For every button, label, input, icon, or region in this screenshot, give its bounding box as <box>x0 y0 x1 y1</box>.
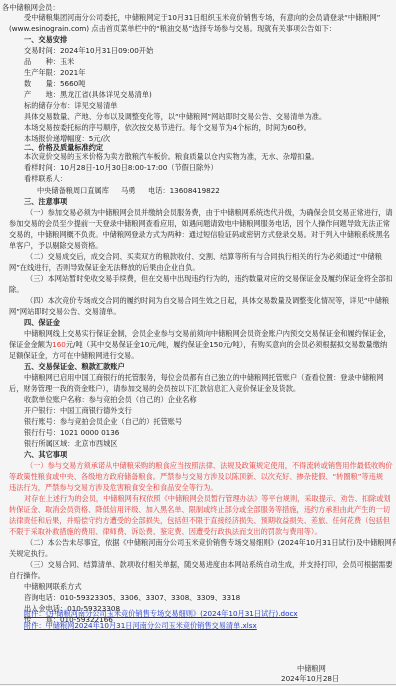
sample-contact-name: 马勇 <box>121 186 135 195</box>
deposit-amount-label: 保证金金额为 <box>9 340 52 349</box>
note-1-line-2: 参加交易的会员至少提前一天登录中储粮网查看应用，如遇问题请致电中储粮网服务电话，… <box>9 219 390 228</box>
contact-title: 中储粮网联系方式 <box>24 582 82 591</box>
note-2-line-2: 网”在线进行，否则导致保证金无法释放的后果由企业自负。 <box>9 263 200 272</box>
other-2-line-1: （二）本公告未尽事宜，依据《中储粮河南分公司玉米竞价销售专场交易细则》(2024… <box>26 538 396 547</box>
section-5-title: 五、交易保证金、粮款汇款账户 <box>24 362 125 371</box>
note-4-line-1: （四）本次竞价专场成交合同的履约时间为自交易合同生效之日起，具体交易数量及调整变… <box>26 296 389 305</box>
trade-detail-note: 具体交易数量、产地、分布以及调整变化等，以“中储粮网”网站即时交易公告、交易清单… <box>24 112 326 121</box>
note-3-line-1: （三）本网站暂时免收交易手续费，但在交易中出现违约行为的，违约数量对应的交易保证… <box>26 274 393 283</box>
intro-line-1: 受中储粮集团河南分公司委托，中储粮网定于10月31日组织玉米竞价销售专场，有意向… <box>24 13 380 22</box>
other-3-line-1: （三）交易合同、结算清单、款项收付相关单据，随交易进度由本网站系统自动生成，并支… <box>26 560 393 569</box>
deposit-line-1: 中储粮网线上交易实行保证金制，会员企业参与交易前须向中储粮网会员资金账户内预交交… <box>24 329 391 338</box>
section-6-title: 六、其它事项 <box>24 450 67 459</box>
attachment-trade-list-xlsx[interactable]: 附件：中储粮网2024年10月31日河南分公司玉米竞价销售交易清单.xlsx <box>24 621 257 630</box>
production-year: 生产年限：2021年 <box>24 68 85 77</box>
other-2-line-2: 关规定执行。 <box>9 549 52 558</box>
note-1-line-4: 单客户，予以剔除交易资格。 <box>9 241 102 250</box>
signature-org: 中储粮网 <box>297 664 326 674</box>
section-2-title: 二、价格及质量标准约定 <box>24 143 103 152</box>
deposit-line-3: 足额保证金，方可在中储粮网进行交易。 <box>9 351 138 360</box>
deposit-line-2: 保证金金额为160元/吨（其中交易保证金10元/吨，履约保证金150元/吨），有… <box>9 340 387 349</box>
section-3-title: 三、注意事项 <box>24 197 67 206</box>
penalty-line-3: 法律责任和后果，并赔偿守约方遭受的全部损失，包括但不限于直接经济损失、预期收益损… <box>9 516 390 525</box>
price-quality-note: 本次竞价交易的玉米价格为卖方散粮汽车板价。粮食质量以仓内实物为准，无水、杂增扣量… <box>24 152 319 161</box>
bank-account: 银行账号：参与竞拍会员企业（自己的）托管账号 <box>24 417 182 426</box>
note-1-line-3: 交易的，中储粮网概不负责。中储粮网登录方式为两种：通过短信验证码或密钥方式登录交… <box>9 230 390 239</box>
signature-date: 2024年10月28日 <box>281 674 339 684</box>
trade-order-note: 本场交易按委托标的序号顺序，依次按交易节进行。每个交易节为4个标的，时间为60秒… <box>24 123 311 132</box>
attachment-rules-docx[interactable]: 附件：《中储粮河南分公司玉米竞价销售专场交易细则》(2024年10月31日试行)… <box>24 609 298 618</box>
trade-time: 交易时间：2024年10月31日09:00开始 <box>24 46 153 55</box>
note-1-line-1: （一）参加交易必须为中储粮网会员并缴纳会员服务费，由于中储粮网系统迭代升级，为确… <box>26 208 393 217</box>
bank-region: 银行所属区域：北京市西城区 <box>24 439 117 448</box>
note-2-line-1: （二）交易成交后，成交合同、买卖双方的粮款收付、交割、结算等所有与合同执行相关的… <box>26 252 382 261</box>
bank-code: 银行行号：1021 0000 0136 <box>24 428 119 437</box>
sample-contact-phone: 电话：13608419822 <box>148 186 220 195</box>
custody-line-2: 后，财务管理一我的资金账户），请参加交易的会员按以下汇款信息汇入竞价保证金及货款… <box>9 384 300 393</box>
penalty-line-1: 对存在上述行为的会员，中储粮网有权依照《中储粮网会员暂行管理办法》等平台规则，采… <box>24 494 391 503</box>
greeting: 各中储粮网会员： <box>2 3 60 12</box>
payee-account-name: 收款单位账户名称：参与竞拍会员（自己的）企业名称 <box>24 395 197 404</box>
other-1-line-1: （一）参与交易方须承诺从中储粮采购的粮食应当按照法律、法规及政策规定使用，不得流… <box>26 461 393 470</box>
custody-line-1: 中储粮网已启用中国工商银行的托管服务，每位会员都有自己独立的中储粮网托管账户（查… <box>24 373 383 382</box>
note-4-line-2: 网”网站即时交易公告、交易清单。 <box>9 307 121 316</box>
penalty-line-2: 转保证金、取消会员资格、降低信用评级、加入黑名单、限制或终止部分或全部服务等措施… <box>9 505 390 514</box>
sample-contact-label: 看样联系人： <box>24 174 67 183</box>
quantity: 数 量：5660吨 <box>24 79 85 88</box>
announcement-page: 各中储粮网会员： 受中储粮集团河南分公司委托，中储粮网定于10月31日组织玉米竞… <box>0 0 396 685</box>
sample-time: 看样时间：10月28日-10月30日8:00-17:00（节假日除外） <box>24 163 218 172</box>
note-3-line-2: 除。 <box>9 285 23 294</box>
product-variety: 品 种：玉米 <box>24 57 74 66</box>
penalty-line-4: 不限于采取补救措施的费用、律师费、诉讼费、鉴定费、因遭受行政执法而支出的罚款与费… <box>9 527 322 536</box>
deposit-amount-value: 160 <box>52 340 66 349</box>
other-1-line-3: 违法行为，严禁参与交易方涉及危害粮食安全和食品安全等行为。 <box>9 483 217 492</box>
deposit-amount-detail: 元/吨（其中交易保证金10元/吨，履约保证金150元/吨），有购买意向的会员必须… <box>66 340 387 349</box>
intro-line-2: (www.esinograin.com) 点击首页菜单栏中的“粮油交易”选择专场… <box>9 24 336 33</box>
section-1-title: 一、交易安排 <box>24 35 67 44</box>
contact-consult-phone: 咨询电话：010-59323305、3306、3307、3308、3309、33… <box>24 593 240 602</box>
sample-contact-org: 中央储备粮周口直属库 <box>37 186 109 195</box>
storage-distribution: 标的储存分布：详见交易清单 <box>24 101 117 110</box>
bid-increment: 本场报价递增幅度：5元/次 <box>24 134 110 143</box>
other-1-line-2: 等政策性粮食或中央、各级地方政府储备粮食。严禁参与交易方涉及以陈顶新、以次充好、… <box>9 472 383 481</box>
bank-name: 开户银行：中国工商银行德外支行 <box>24 406 132 415</box>
other-3-line-2: 自行操作。 <box>9 571 45 580</box>
origin: 产 地：黑龙江省(具体详见交易清单) <box>24 90 152 99</box>
section-4-title: 四、保证金 <box>24 318 60 327</box>
